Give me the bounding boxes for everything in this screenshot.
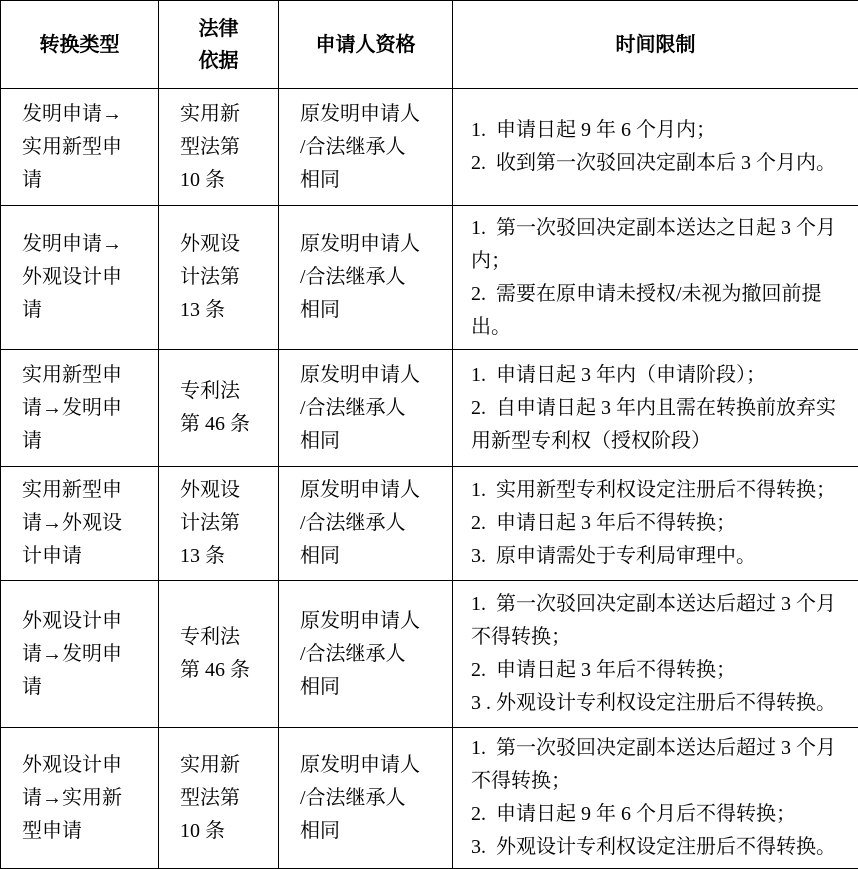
header-conversion-type: 转换类型	[1, 1, 159, 89]
table-row: 发明申请→ 实用新型申 请 实用新 型法第 10 条 原发明申请人 /合法继承人…	[1, 89, 858, 206]
table-row: 外观设计申 请→发明申 请 专利法 第 46 条 原发明申请人 /合法继承人 相…	[1, 581, 858, 728]
cell-legal-basis: 专利法 第 46 条	[159, 350, 279, 467]
document-page: 转换类型 法律 依据 申请人资格 时间限制 发明申请→ 实用新型申 请 实用新 …	[0, 0, 858, 869]
cell-applicant-qualification: 原发明申请人 /合法继承人 相同	[279, 728, 453, 869]
table-row: 实用新型申 请→发明申 请 专利法 第 46 条 原发明申请人 /合法继承人 相…	[1, 350, 858, 467]
cell-applicant-qualification: 原发明申请人 /合法继承人 相同	[279, 581, 453, 728]
cell-applicant-qualification: 原发明申请人 /合法继承人 相同	[279, 350, 453, 467]
cell-legal-basis: 实用新 型法第 10 条	[159, 728, 279, 869]
cell-time-limit: 1. 第一次驳回决定副本送达后超过 3 个月 不得转换； 2. 申请日起 3 年…	[453, 581, 858, 728]
header-time-limit: 时间限制	[453, 1, 858, 89]
cell-conversion-type: 发明申请→ 实用新型申 请	[1, 89, 159, 206]
cell-legal-basis: 外观设 计法第 13 条	[159, 206, 279, 350]
table-row: 实用新型申 请→外观设 计申请 外观设 计法第 13 条 原发明申请人 /合法继…	[1, 467, 858, 581]
patent-conversion-table: 转换类型 法律 依据 申请人资格 时间限制 发明申请→ 实用新型申 请 实用新 …	[0, 0, 858, 869]
cell-conversion-type: 发明申请→ 外观设计申 请	[1, 206, 159, 350]
header-row: 转换类型 法律 依据 申请人资格 时间限制	[1, 1, 858, 89]
cell-conversion-type: 实用新型申 请→外观设 计申请	[1, 467, 159, 581]
cell-legal-basis: 专利法 第 46 条	[159, 581, 279, 728]
cell-time-limit: 1. 申请日起 9 年 6 个月内； 2. 收到第一次驳回决定副本后 3 个月内…	[453, 89, 858, 206]
cell-conversion-type: 外观设计申 请→实用新 型申请	[1, 728, 159, 869]
cell-conversion-type: 实用新型申 请→发明申 请	[1, 350, 159, 467]
cell-applicant-qualification: 原发明申请人 /合法继承人 相同	[279, 467, 453, 581]
header-legal-basis: 法律 依据	[159, 1, 279, 89]
cell-time-limit: 1. 第一次驳回决定副本送达之日起 3 个月 内； 2. 需要在原申请未授权/未…	[453, 206, 858, 350]
cell-legal-basis: 外观设 计法第 13 条	[159, 467, 279, 581]
cell-applicant-qualification: 原发明申请人 /合法继承人 相同	[279, 89, 453, 206]
cell-time-limit: 1. 实用新型专利权设定注册后不得转换； 2. 申请日起 3 年后不得转换； 3…	[453, 467, 858, 581]
table-row: 外观设计申 请→实用新 型申请 实用新 型法第 10 条 原发明申请人 /合法继…	[1, 728, 858, 869]
table-row: 发明申请→ 外观设计申 请 外观设 计法第 13 条 原发明申请人 /合法继承人…	[1, 206, 858, 350]
cell-time-limit: 1. 第一次驳回决定副本送达后超过 3 个月 不得转换； 2. 申请日起 9 年…	[453, 728, 858, 869]
cell-applicant-qualification: 原发明申请人 /合法继承人 相同	[279, 206, 453, 350]
cell-conversion-type: 外观设计申 请→发明申 请	[1, 581, 159, 728]
header-applicant-qualification: 申请人资格	[279, 1, 453, 89]
cell-legal-basis: 实用新 型法第 10 条	[159, 89, 279, 206]
cell-time-limit: 1. 申请日起 3 年内（申请阶段）； 2. 自申请日起 3 年内且需在转换前放…	[453, 350, 858, 467]
